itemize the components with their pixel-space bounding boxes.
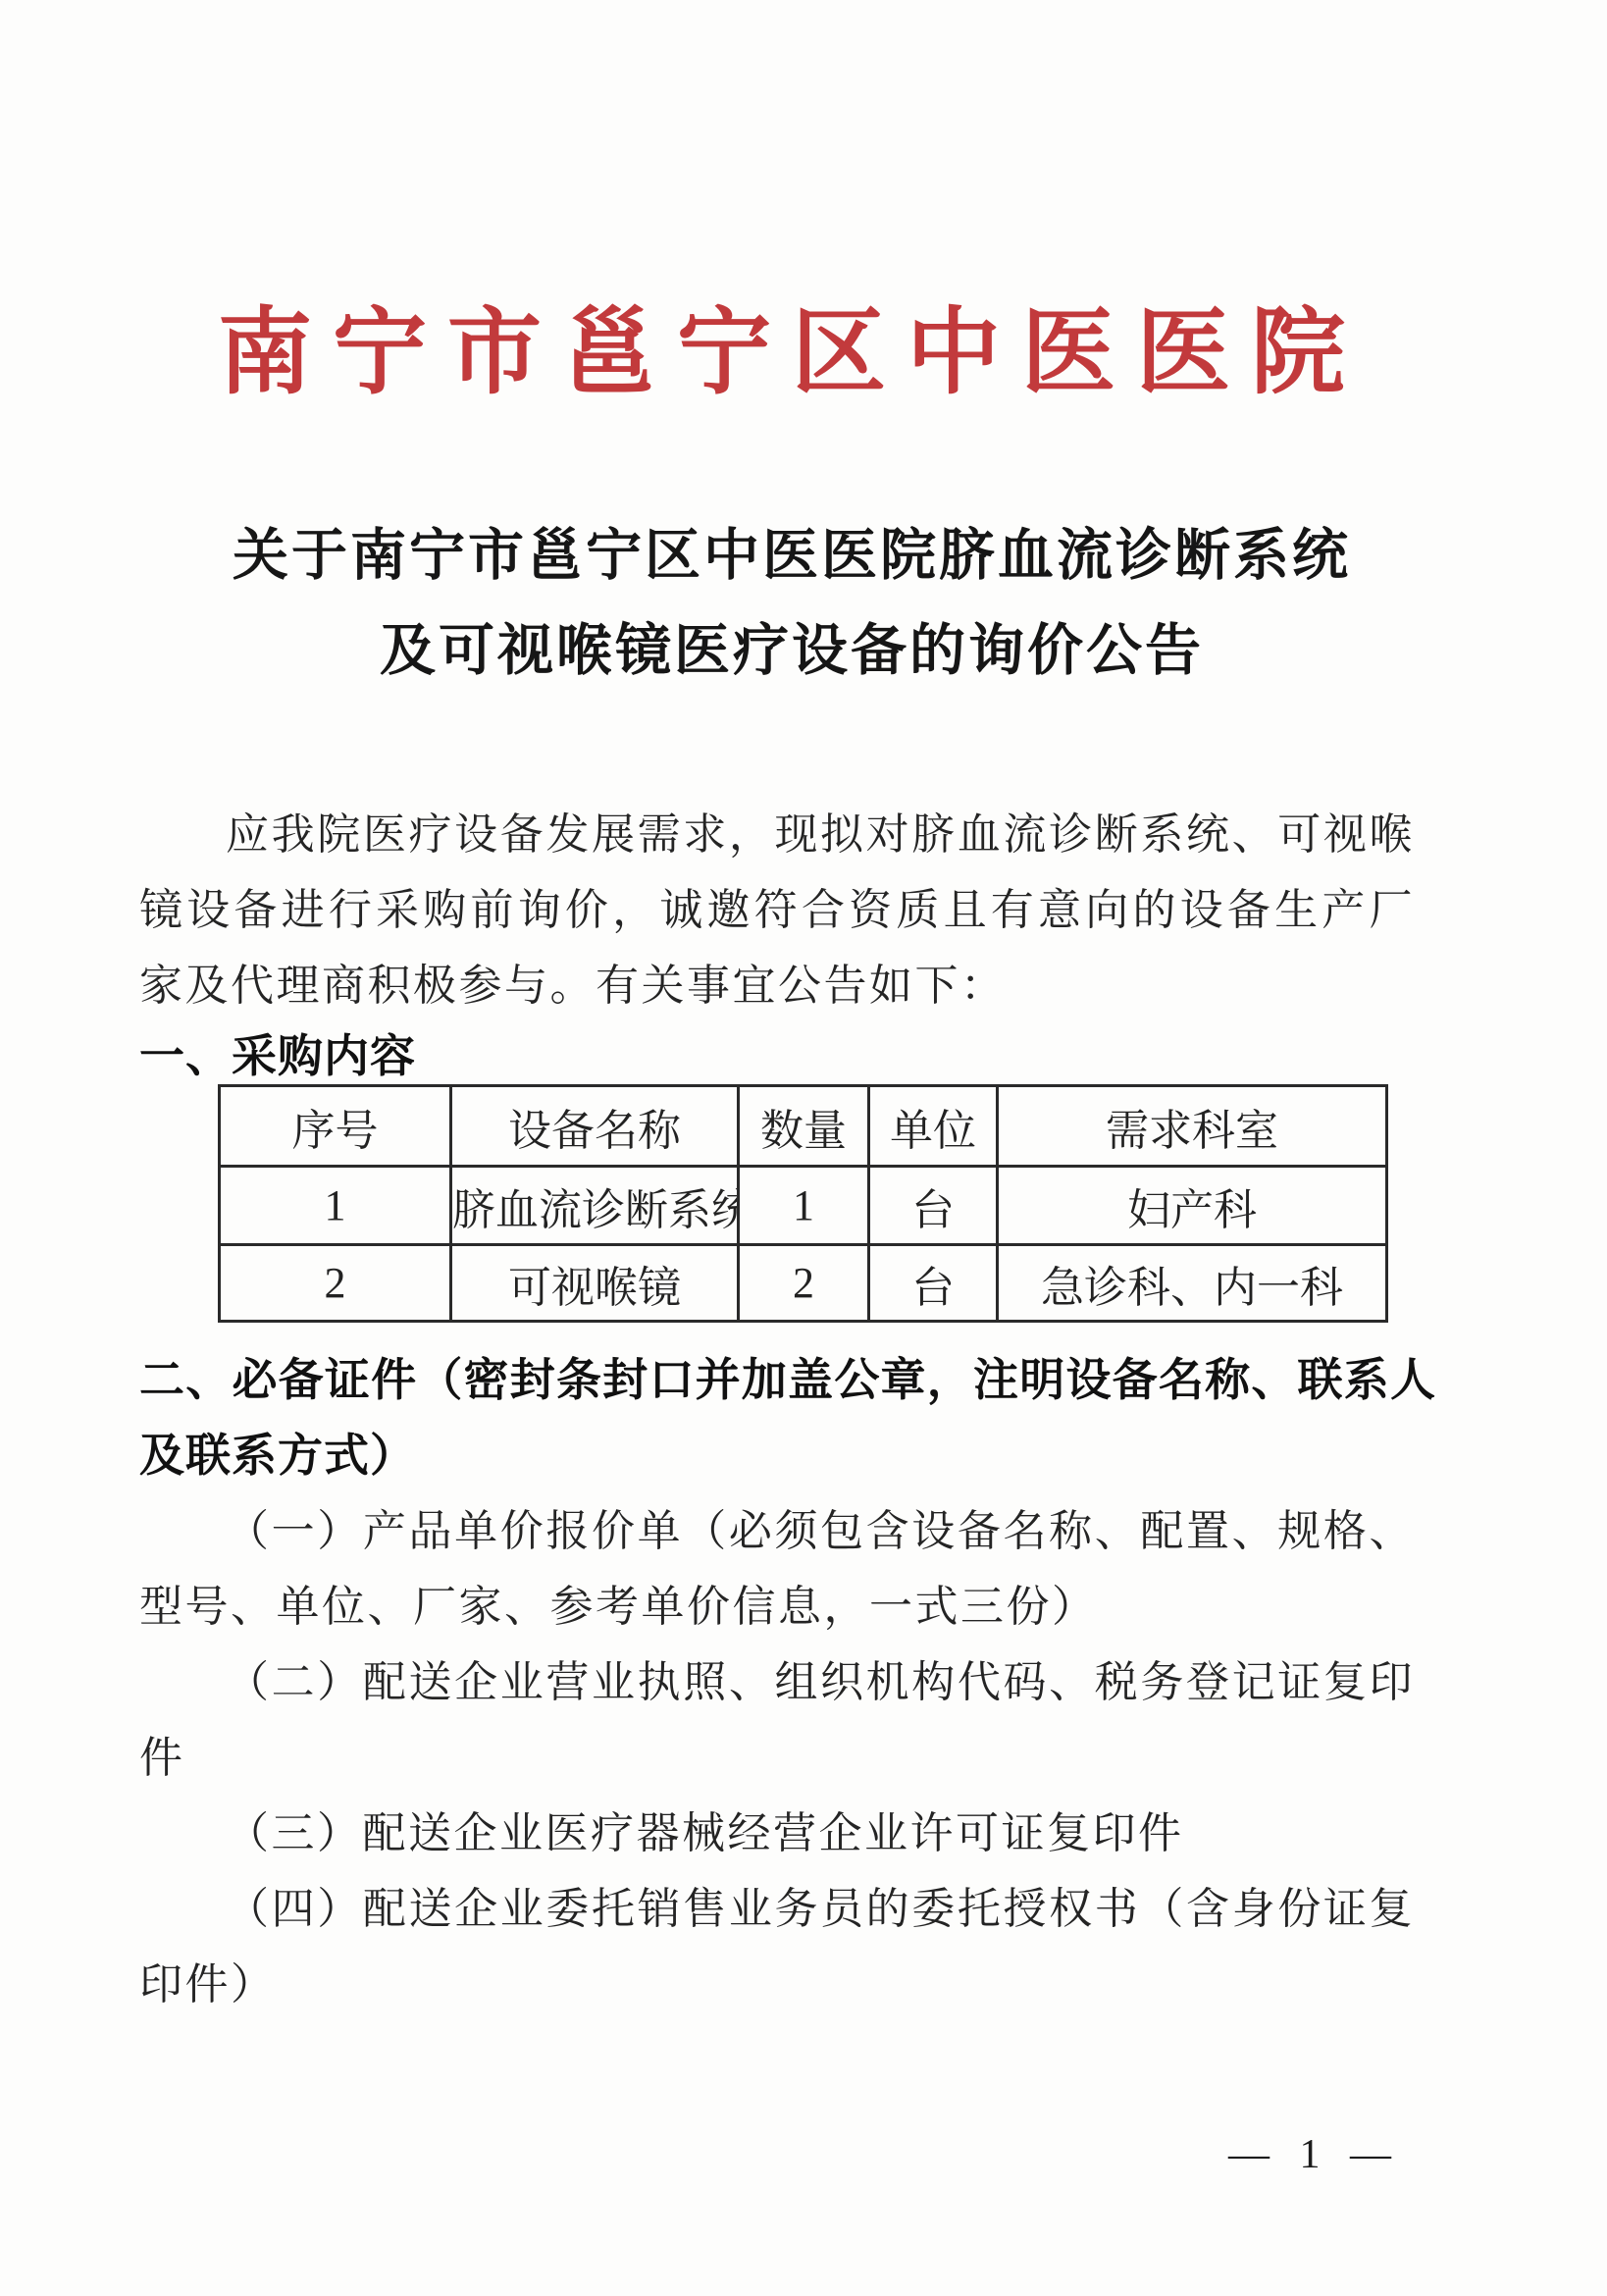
document-title-line1: 关于南宁市邕宁区中医医院脐血流诊断系统: [233, 525, 1351, 587]
page-content: 南宁市邕宁区中医医院 关于南宁市邕宁区中医医院脐血流诊断系统 及可视喉镜医疗设备…: [139, 0, 1444, 2296]
column-header-dept: 需求科室: [998, 1086, 1387, 1167]
column-header-seq: 序号: [220, 1086, 451, 1167]
section-2-block: 二、必备证件（密封条封口并加盖公章，注明设备名称、联系人及联系方式） （一）产品…: [139, 1342, 1444, 2022]
procurement-table: 序号 设备名称 数量 单位 需求科室 1 脐血流诊断系统 1 台 妇产科 2 可: [218, 1084, 1388, 1323]
required-document-item-4: （四）配送企业委托销售业务员的委托授权书（含身份证复印件）: [139, 1871, 1415, 2022]
section-2-heading: 二、必备证件（密封条封口并加盖公章，注明设备名称、联系人及联系方式）: [139, 1342, 1436, 1493]
procurement-table-header: 序号 设备名称 数量 单位 需求科室: [220, 1086, 1387, 1167]
required-document-item-1: （一）产品单价报价单（必须包含设备名称、配置、规格、型号、单位、厂家、参考单价信…: [139, 1493, 1415, 1644]
table-header-row: 序号 设备名称 数量 单位 需求科室: [220, 1086, 1387, 1167]
column-header-quantity: 数量: [739, 1086, 869, 1167]
cell-dept: 急诊科、内一科: [998, 1245, 1387, 1322]
intro-paragraph: 应我院医疗设备发展需求，现拟对脐血流诊断系统、可视喉镜设备进行采购前询价，诚邀符…: [139, 797, 1415, 1023]
cell-seq: 1: [220, 1167, 451, 1245]
cell-unit: 台: [869, 1245, 998, 1322]
cell-quantity: 2: [739, 1245, 869, 1322]
table-row: 2 可视喉镜 2 台 急诊科、内一科: [220, 1245, 1387, 1322]
section-1-heading: 一、采购内容: [139, 1018, 416, 1094]
cell-device: 脐血流诊断系统: [451, 1167, 739, 1245]
column-header-unit: 单位: [869, 1086, 998, 1167]
cell-dept: 妇产科: [998, 1167, 1387, 1245]
table-row: 1 脐血流诊断系统 1 台 妇产科: [220, 1167, 1387, 1245]
cell-seq: 2: [220, 1245, 451, 1322]
cell-quantity: 1: [739, 1167, 869, 1245]
procurement-table-body: 1 脐血流诊断系统 1 台 妇产科 2 可视喉镜 2 台 急诊科、内一科: [220, 1167, 1387, 1322]
cell-device: 可视喉镜: [451, 1245, 739, 1322]
column-header-device: 设备名称: [451, 1086, 739, 1167]
scanned-announcement-page: 南宁市邕宁区中医医院 关于南宁市邕宁区中医医院脐血流诊断系统 及可视喉镜医疗设备…: [0, 0, 1607, 2296]
required-document-item-3: （三）配送企业医疗器械经营企业许可证复印件: [139, 1796, 1415, 1871]
document-title: 关于南宁市邕宁区中医医院脐血流诊断系统 及可视喉镜医疗设备的询价公告: [139, 508, 1444, 699]
cell-unit: 台: [869, 1167, 998, 1245]
required-document-item-2: （二）配送企业营业执照、组织机构代码、税务登记证复印件: [139, 1644, 1415, 1796]
document-title-line2: 及可视喉镜医疗设备的询价公告: [380, 620, 1204, 682]
page-number: — 1 —: [1228, 2131, 1401, 2178]
hospital-masthead-title: 南宁市邕宁区中医医院: [139, 278, 1444, 412]
